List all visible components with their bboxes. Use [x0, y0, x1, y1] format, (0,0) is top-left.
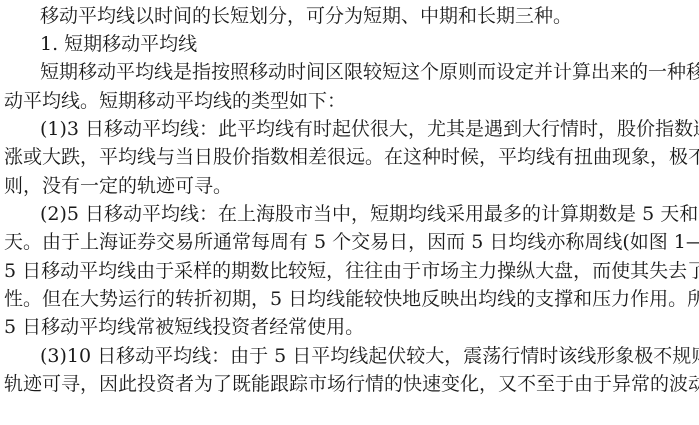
item-2-line-2: 天。由于上海证券交易所通常每周有 5 个交易日，因而 5 日均线亦称周线(如图 … — [4, 228, 696, 256]
item-1-line-3: 则，没有一定的轨迹可寻。 — [4, 172, 696, 200]
definition-line-2: 动平均线。短期移动平均线的类型如下： — [4, 87, 696, 115]
item-1-line-1: (1)3 日移动平均线：此平均线有时起伏很大，尤其是遇到大行情时，股价指数连续大 — [40, 115, 696, 143]
intro-line: 移动平均线以时间的长短划分，可分为短期、中期和长期三种。 — [40, 2, 696, 30]
item-2-line-1: (2)5 日移动平均线：在上海股市当中，短期均线采用最多的计算期数是 5 天和 … — [40, 200, 696, 228]
item-3-line-2: 轨迹可寻，因此投资者为了既能跟踪市场行情的快速变化，又不至于由于异常的波动造 — [4, 370, 696, 398]
item-2-line-3: 5 日移动平均线由于采样的期数比较短，往往由于市场主力操纵大盘，而使其失去了真实 — [4, 257, 696, 285]
item-1-line-2: 涨或大跌，平均线与当日股价指数相差很远。在这种时候，平均线有扭曲现象，极不规 — [4, 143, 696, 171]
item-2-line-4: 性。但在大势运行的转折初期，5 日均线能较快地反映出均线的支撑和压力作用。所以 — [4, 285, 696, 313]
item-3-line-1: (3)10 日移动平均线：由于 5 日平均线起伏较大，震荡行情时该线形象极不规则… — [40, 342, 696, 370]
definition-line-1: 短期移动平均线是指按照移动时间区限较短这个原则而设定并计算出来的一种移 — [40, 58, 696, 86]
item-2-line-5: 5 日移动平均线常被短线投资者经常使用。 — [4, 313, 696, 341]
section-heading: 1. 短期移动平均线 — [40, 30, 696, 58]
